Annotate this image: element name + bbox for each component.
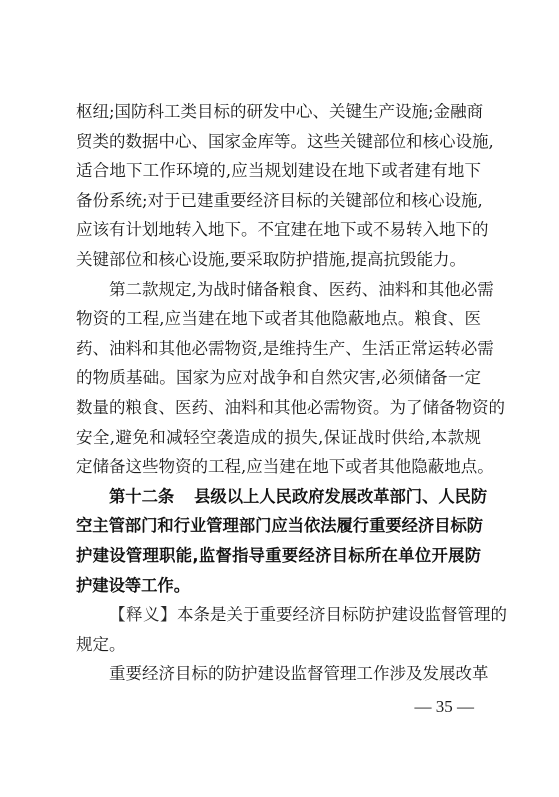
paragraph-continues: 重要经济目标的防护建设监督管理工作涉及发展改革 <box>76 659 481 689</box>
text-line: 药、油料和其他必需物资,是维持生产、生活正常运转必需 <box>76 334 481 364</box>
paragraph-continued: 枢纽;国防科工类目标的研发中心、关键生产设施;金融商 贸类的数据中心、国家金库等… <box>76 97 481 275</box>
article-text: 县级以上人民政府发展改革部门、人民防 <box>194 487 487 506</box>
page-number: — 35 — <box>415 692 475 722</box>
gloss-paragraph: 【释义】本条是关于重要经济目标防护建设监督管理的 规定。 <box>76 600 481 659</box>
text-line: 枢纽;国防科工类目标的研发中心、关键生产设施;金融商 <box>76 97 481 127</box>
text-line: 护建设管理职能,监督指导重要经济目标所在单位开展防 <box>76 541 481 571</box>
text-line: 数量的粮食、医药、油料和其他必需物资。为了储备物资的 <box>76 393 481 423</box>
gloss-label: 【释义】 <box>109 605 177 624</box>
article-first-line: 第十二条县级以上人民政府发展改革部门、人民防 <box>76 482 481 512</box>
gloss-first-line: 【释义】本条是关于重要经济目标防护建设监督管理的 <box>76 600 481 630</box>
text-line: 应该有计划地转入地下。不宜建在地下或不易转入地下的 <box>76 215 481 245</box>
text-line: 第二款规定,为战时储备粮食、医药、油料和其他必需 <box>76 275 481 305</box>
document-page: 枢纽;国防科工类目标的研发中心、关键生产设施;金融商 贸类的数据中心、国家金库等… <box>0 0 559 797</box>
gloss-text: 本条是关于重要经济目标防护建设监督管理的 <box>177 605 507 624</box>
article-label: 第十二条 <box>109 487 174 506</box>
text-line: 护建设等工作。 <box>76 571 481 601</box>
article-twelve: 第十二条县级以上人民政府发展改革部门、人民防 空主管部门和行业管理部门应当依法履… <box>76 482 481 600</box>
text-line: 关键部位和核心设施,要采取防护措施,提高抗毁能力。 <box>76 245 481 275</box>
text-line: 备份系统;对于已建重要经济目标的关键部位和核心设施, <box>76 186 481 216</box>
text-line: 安全,避免和减轻空袭造成的损失,保证战时供给,本款规 <box>76 423 481 453</box>
text-line: 贸类的数据中心、国家金库等。这些关键部位和核心设施, <box>76 127 481 157</box>
text-line: 适合地下工作环境的,应当规划建设在地下或者建有地下 <box>76 156 481 186</box>
body-text: 枢纽;国防科工类目标的研发中心、关键生产设施;金融商 贸类的数据中心、国家金库等… <box>76 97 481 689</box>
text-line: 空主管部门和行业管理部门应当依法履行重要经济目标防 <box>76 511 481 541</box>
text-line: 重要经济目标的防护建设监督管理工作涉及发展改革 <box>76 659 481 689</box>
text-line: 定储备这些物资的工程,应当建在地下或者其他隐蔽地点。 <box>76 452 481 482</box>
paragraph-second-clause: 第二款规定,为战时储备粮食、医药、油料和其他必需 物资的工程,应当建在地下或者其… <box>76 275 481 482</box>
text-line: 物资的工程,应当建在地下或者其他隐蔽地点。粮食、医 <box>76 304 481 334</box>
text-line: 规定。 <box>76 630 481 660</box>
text-line: 的物质基础。国家为应对战争和自然灾害,必须储备一定 <box>76 363 481 393</box>
